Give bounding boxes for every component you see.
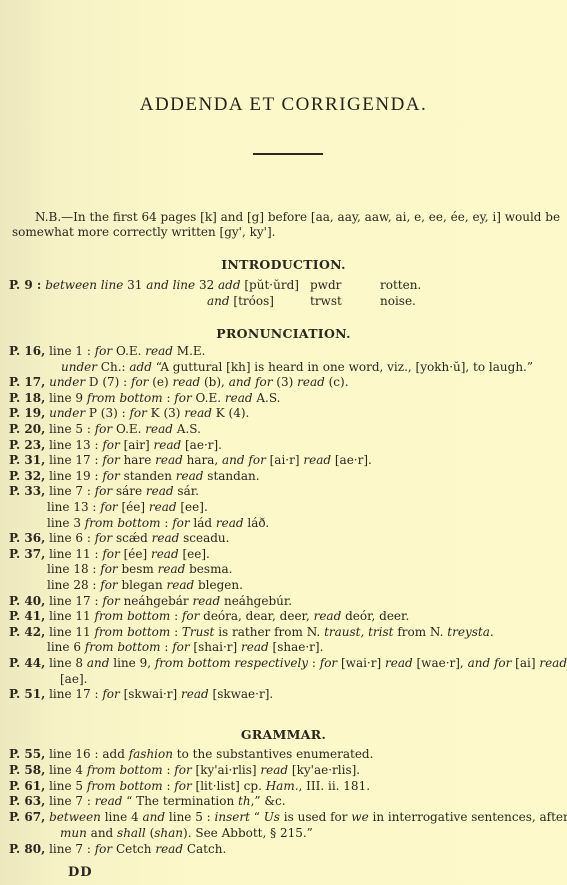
corrigendum-entry: P. 18, line 9 from bottom : for O.E. rea…	[9, 391, 280, 406]
welsh-word: trwst	[310, 294, 342, 309]
page-ref: P. 18,	[9, 391, 45, 405]
corrigendum-entry: P. 44, line 8 and line 9, from bottom re…	[9, 656, 567, 671]
corrigendum-entry: line 28 : for blegan read blegen.	[47, 578, 243, 593]
page-ref: P. 37,	[9, 547, 45, 561]
corrigendum-entry: P. 16, line 1 : for O.E. read M.E.	[9, 344, 205, 359]
nb-note-line-2: somewhat more correctly written [gy', ky…	[12, 225, 275, 240]
page-ref: P. 36,	[9, 531, 45, 545]
intro-entry: P. 9 : between line 31 and line 32 add […	[9, 278, 299, 293]
corrigendum-entry: P. 32, line 19 : for standen read standa…	[9, 469, 260, 484]
page-ref: P. 51,	[9, 687, 45, 701]
corrigendum-entry: line 18 : for besm read besma.	[47, 562, 232, 577]
corrigendum-entry: P. 58, line 4 from bottom : for [ky'ai·r…	[9, 763, 360, 778]
page-ref: P. 40,	[9, 594, 45, 608]
corrigendum-entry: P. 37, line 11 : for [ée] read [ee].	[9, 547, 210, 562]
intro-entry-cont: and [tróos]	[207, 294, 274, 309]
section-heading-pronunciation: PRONUNCIATION.	[0, 326, 567, 341]
nb-note-line-1: N.B.—In the first 64 pages [k] and [g] b…	[35, 210, 560, 225]
title-rule	[253, 153, 323, 155]
corrigendum-entry: P. 51, line 17 : for [skwai·r] read [skw…	[9, 687, 273, 702]
corrigendum-entry: mun and shall (shan). See Abbott, § 215.…	[60, 826, 313, 841]
corrigendum-entry: [ae].	[60, 672, 87, 687]
corrigendum-entry: under Ch.: add “A guttural [kh] is heard…	[61, 360, 533, 375]
page-ref: P. 23,	[9, 438, 45, 452]
section-heading-grammar: GRAMMAR.	[0, 727, 567, 742]
corrigendum-entry: P. 19, under P (3) : for K (3) read K (4…	[9, 406, 249, 421]
corrigendum-entry: P. 40, line 17 : for neáhgebár read neáh…	[9, 594, 292, 609]
page-ref: P. 44,	[9, 656, 45, 670]
corrigendum-entry: P. 17, under D (7) : for (e) read (b), a…	[9, 375, 349, 390]
corrigendum-entry: P. 33, line 7 : for sáre read sár.	[9, 484, 199, 499]
page-ref: P. 33,	[9, 484, 45, 498]
corrigendum-entry: P. 55, line 16 : add fashion to the subs…	[9, 747, 373, 762]
corrigendum-entry: P. 61, line 5 from bottom : for [lit·lis…	[9, 779, 370, 794]
corrigendum-entry: P. 20, line 5 : for O.E. read A.S.	[9, 422, 201, 437]
page-ref: P. 41,	[9, 609, 45, 623]
page-ref: P. 67,	[9, 810, 45, 824]
page-ref: P. 61,	[9, 779, 45, 793]
corrigendum-entry: P. 67, between line 4 and line 5 : inser…	[9, 810, 567, 825]
document-page: ADDENDA ET CORRIGENDA. N.B.—In the first…	[0, 0, 567, 885]
section-heading-introduction: INTRODUCTION.	[0, 257, 567, 272]
gloss: rotten.	[380, 278, 421, 293]
welsh-word: pwdr	[310, 278, 341, 293]
corrigendum-entry: P. 36, line 6 : for scǽd read sceadu.	[9, 531, 229, 546]
corrigendum-entry: P. 80, line 7 : for Cetch read Catch.	[9, 842, 226, 857]
page-ref: P. 19,	[9, 406, 45, 420]
corrigendum-entry: line 13 : for [ée] read [ee].	[47, 500, 208, 515]
corrigendum-entry: P. 31, line 17 : for hare read hara, and…	[9, 453, 372, 468]
page-title: ADDENDA ET CORRIGENDA.	[0, 94, 567, 116]
page-ref: P. 63,	[9, 794, 45, 808]
corrigendum-entry: P. 41, line 11 from bottom : for deóra, …	[9, 609, 409, 624]
corrigendum-entry: line 6 from bottom : for [shai·r] read […	[47, 640, 323, 655]
corrigendum-entry: P. 63, line 7 : read “ The termination t…	[9, 794, 286, 809]
page-ref: P. 80,	[9, 842, 45, 856]
signature-mark: DD	[68, 865, 93, 880]
gloss: noise.	[380, 294, 416, 309]
page-ref: P. 20,	[9, 422, 45, 436]
page-ref: P. 42,	[9, 625, 45, 639]
page-ref: P. 9 :	[9, 278, 41, 292]
corrigendum-entry: line 3 from bottom : for lád read láð.	[47, 516, 269, 531]
page-ref: P. 32,	[9, 469, 45, 483]
page-ref: P. 31,	[9, 453, 45, 467]
page-ref: P. 17,	[9, 375, 45, 389]
corrigendum-entry: P. 42, line 11 from bottom : Trust is ra…	[9, 625, 494, 640]
page-ref: P. 55,	[9, 747, 45, 761]
corrigendum-entry: P. 23, line 13 : for [air] read [ae·r].	[9, 438, 222, 453]
page-ref: P. 16,	[9, 344, 45, 358]
page-ref: P. 58,	[9, 763, 45, 777]
